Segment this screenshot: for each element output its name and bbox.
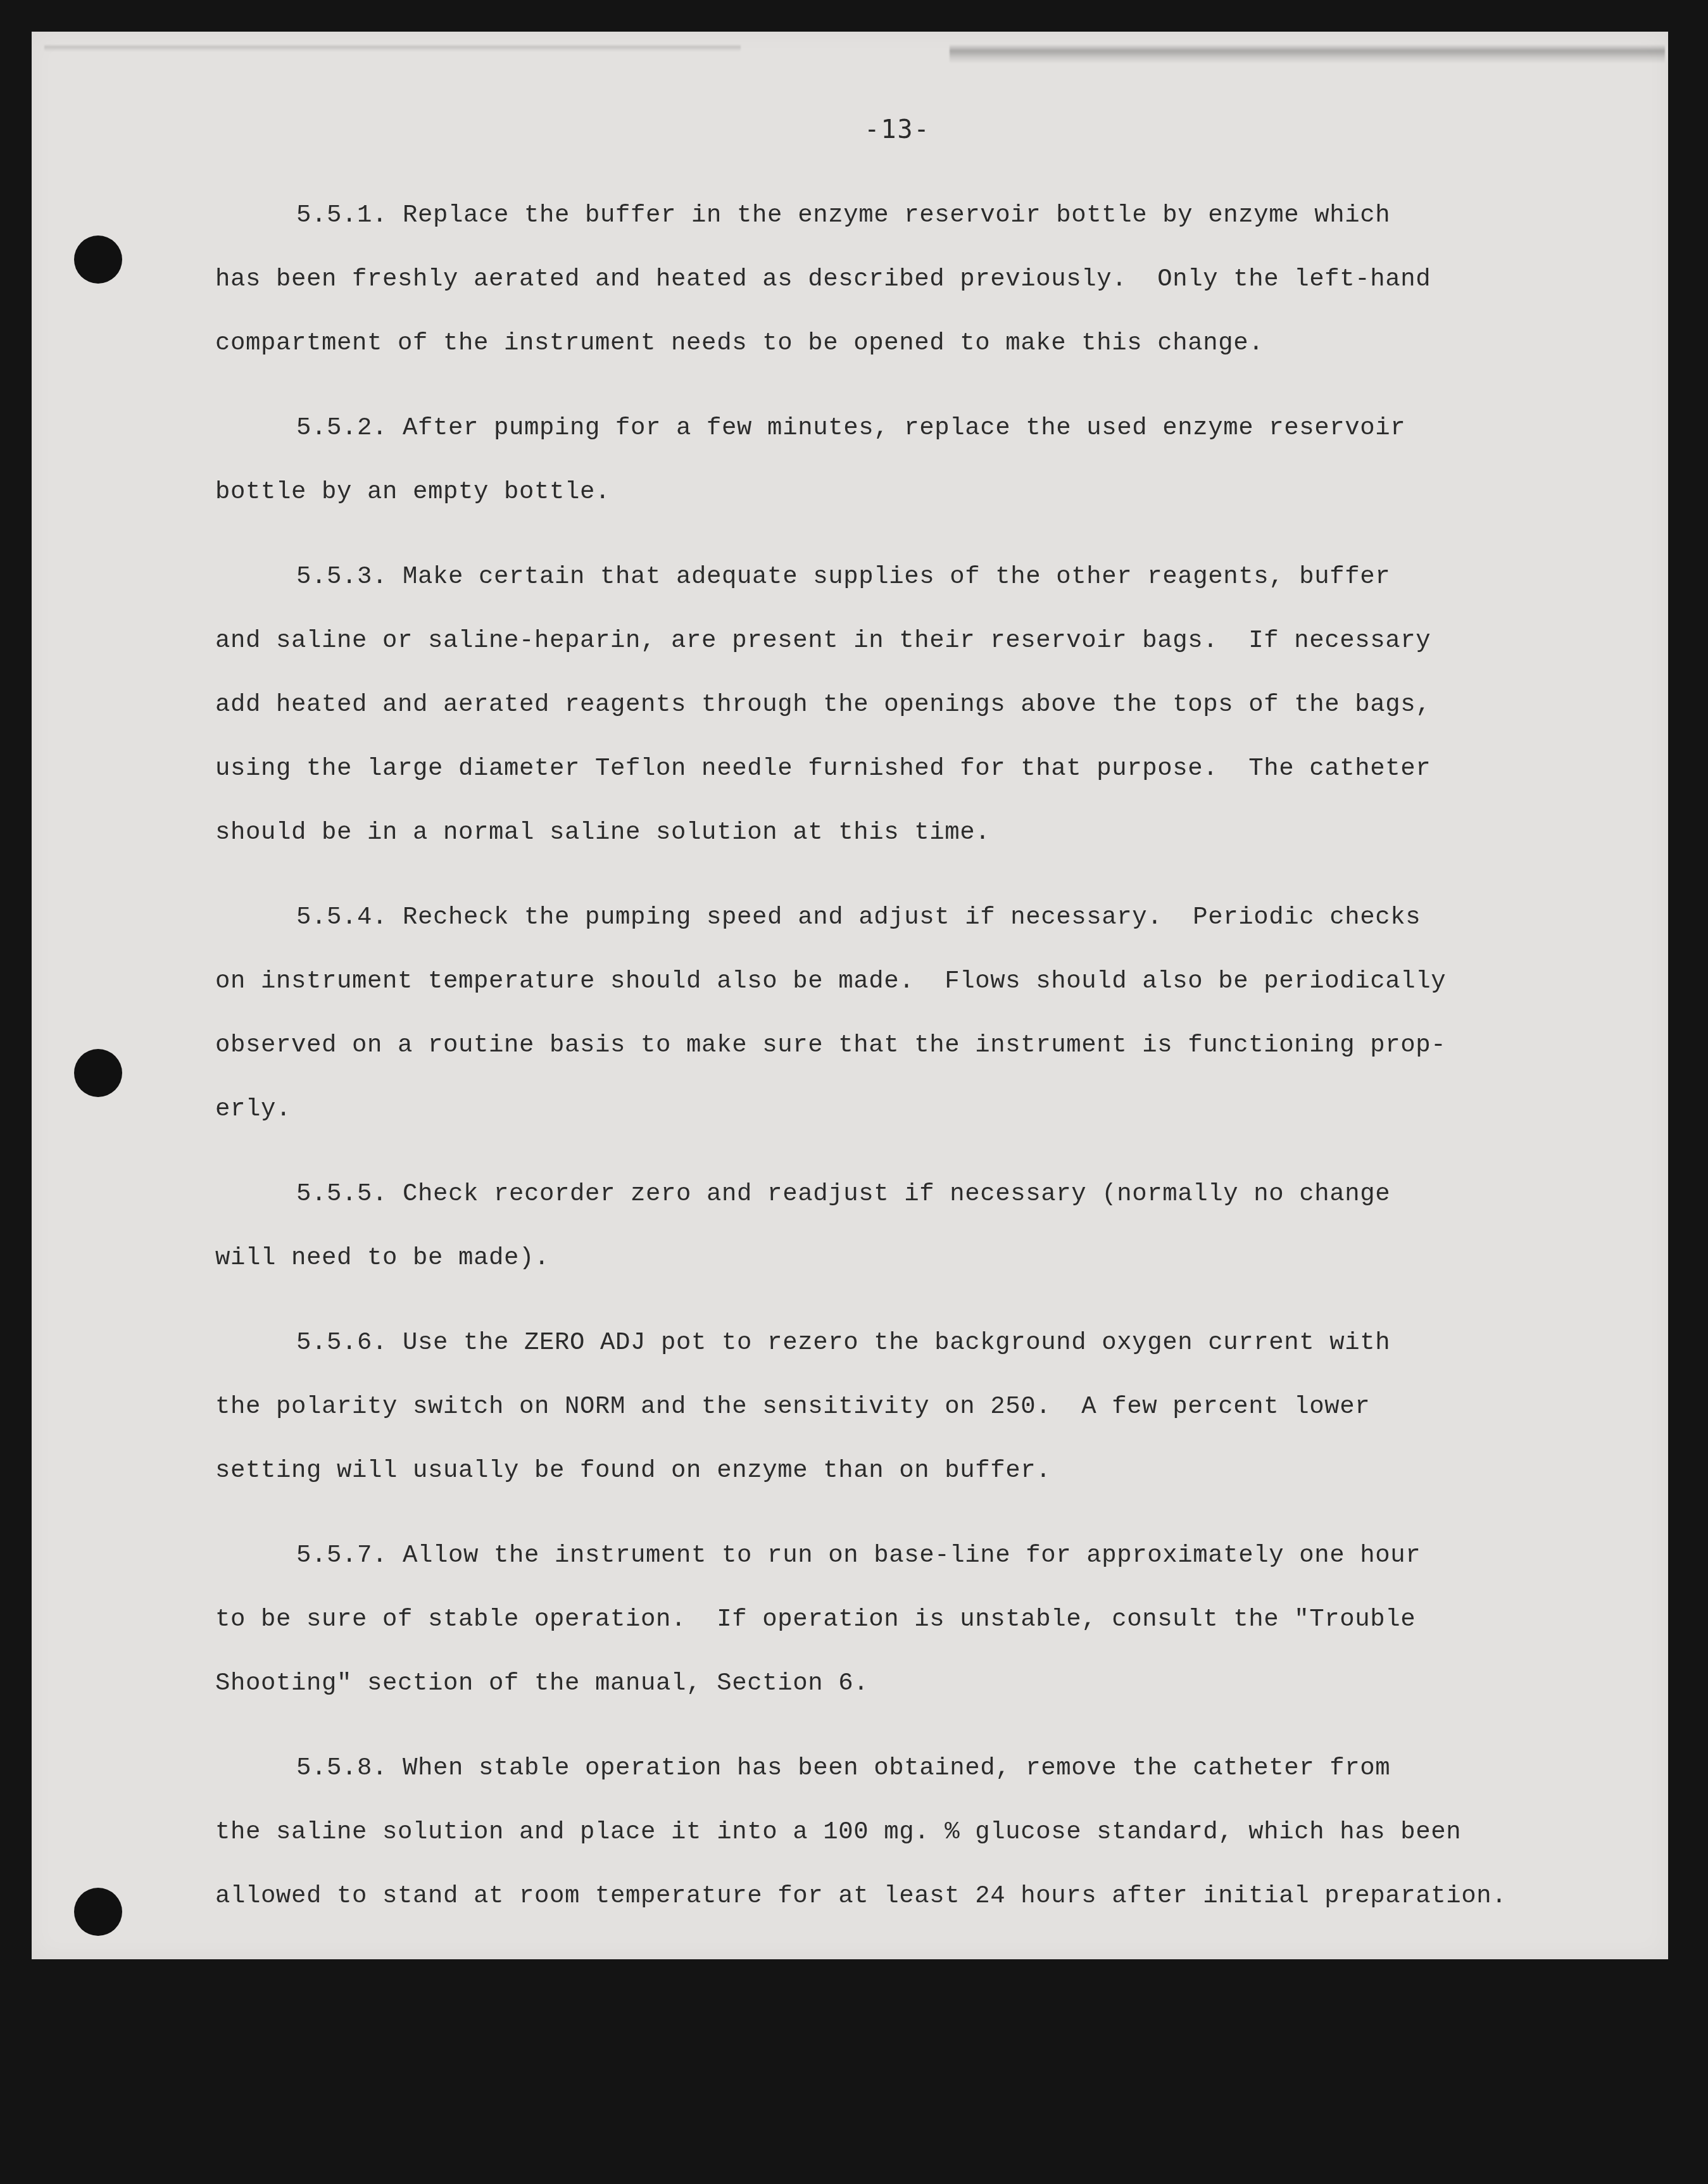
punch-hole-icon	[74, 1049, 122, 1097]
line-text: Recheck the pumping speed and adjust if …	[403, 903, 1421, 931]
paragraph-line: erly.	[215, 1077, 1659, 1141]
line-text: Use the ZERO ADJ pot to rezero the backg…	[403, 1329, 1390, 1357]
line-text: Allow the instrument to run on base-line…	[403, 1541, 1421, 1569]
punch-hole-icon	[74, 1888, 122, 1936]
section-number: 5.5.6.	[296, 1329, 387, 1357]
line-text: When stable operation has been obtained,…	[403, 1754, 1390, 1782]
line-text: Check recorder zero and readjust if nece…	[403, 1180, 1390, 1208]
section-number: 5.5.1.	[296, 201, 387, 229]
section-number: 5.5.2.	[296, 414, 387, 442]
paragraph-5-5-6: 5.5.6.Use the ZERO ADJ pot to rezero the…	[215, 1311, 1659, 1503]
paragraph-line: 5.5.3.Make certain that adequate supplie…	[215, 545, 1659, 609]
page-number: -13-	[32, 115, 1668, 144]
paragraph-line: the saline solution and place it into a …	[215, 1800, 1659, 1864]
section-number: 5.5.7.	[296, 1541, 387, 1569]
paragraph-line: should be in a normal saline solution at…	[215, 801, 1659, 865]
section-number: 5.5.4.	[296, 903, 387, 931]
section-number: 5.5.8.	[296, 1754, 387, 1782]
paragraph-5-5-1: 5.5.1.Replace the buffer in the enzyme r…	[215, 184, 1659, 375]
paragraph-line: 5.5.8.When stable operation has been obt…	[215, 1736, 1659, 1800]
paragraph-line: the polarity switch on NORM and the sens…	[215, 1375, 1659, 1439]
line-text: After pumping for a few minutes, replace…	[403, 414, 1405, 442]
line-text: Make certain that adequate supplies of t…	[403, 563, 1390, 591]
paragraph-line: and saline or saline-heparin, are presen…	[215, 609, 1659, 673]
document-body: 5.5.1.Replace the buffer in the enzyme r…	[215, 184, 1659, 1949]
scan-artifact	[950, 44, 1665, 63]
paragraph-line: 5.5.1.Replace the buffer in the enzyme r…	[215, 184, 1659, 248]
scan-artifact	[44, 44, 741, 52]
paragraph-line: Shooting" section of the manual, Section…	[215, 1652, 1659, 1716]
paragraph-line: 5.5.4.Recheck the pumping speed and adju…	[215, 886, 1659, 950]
paragraph-line: add heated and aerated reagents through …	[215, 673, 1659, 737]
paragraph-line: 5.5.2.After pumping for a few minutes, r…	[215, 396, 1659, 460]
paragraph-5-5-7: 5.5.7.Allow the instrument to run on bas…	[215, 1524, 1659, 1716]
paragraph-line: 5.5.5.Check recorder zero and readjust i…	[215, 1162, 1659, 1226]
paragraph-line: has been freshly aerated and heated as d…	[215, 248, 1659, 311]
paragraph-5-5-4: 5.5.4.Recheck the pumping speed and adju…	[215, 886, 1659, 1141]
section-number: 5.5.3.	[296, 563, 387, 591]
paragraph-5-5-5: 5.5.5.Check recorder zero and readjust i…	[215, 1162, 1659, 1290]
document-page: -13- 5.5.1.Replace the buffer in the enz…	[32, 32, 1668, 1959]
paragraph-line: observed on a routine basis to make sure…	[215, 1014, 1659, 1077]
paragraph-line: compartment of the instrument needs to b…	[215, 311, 1659, 375]
paragraph-line: 5.5.6.Use the ZERO ADJ pot to rezero the…	[215, 1311, 1659, 1375]
paragraph-line: to be sure of stable operation. If opera…	[215, 1588, 1659, 1652]
paragraph-line: bottle by an empty bottle.	[215, 460, 1659, 524]
paragraph-line: using the large diameter Teflon needle f…	[215, 737, 1659, 801]
paragraph-line: will need to be made).	[215, 1226, 1659, 1290]
paragraph-5-5-8: 5.5.8.When stable operation has been obt…	[215, 1736, 1659, 1928]
paragraph-line: 5.5.7.Allow the instrument to run on bas…	[215, 1524, 1659, 1588]
paragraph-line: allowed to stand at room temperature for…	[215, 1864, 1659, 1928]
paragraph-line: on instrument temperature should also be…	[215, 950, 1659, 1014]
paragraph-line: setting will usually be found on enzyme …	[215, 1439, 1659, 1503]
paragraph-5-5-3: 5.5.3.Make certain that adequate supplie…	[215, 545, 1659, 865]
section-number: 5.5.5.	[296, 1180, 387, 1208]
paragraph-5-5-2: 5.5.2.After pumping for a few minutes, r…	[215, 396, 1659, 524]
line-text: Replace the buffer in the enzyme reservo…	[403, 201, 1390, 229]
punch-hole-icon	[74, 235, 122, 284]
